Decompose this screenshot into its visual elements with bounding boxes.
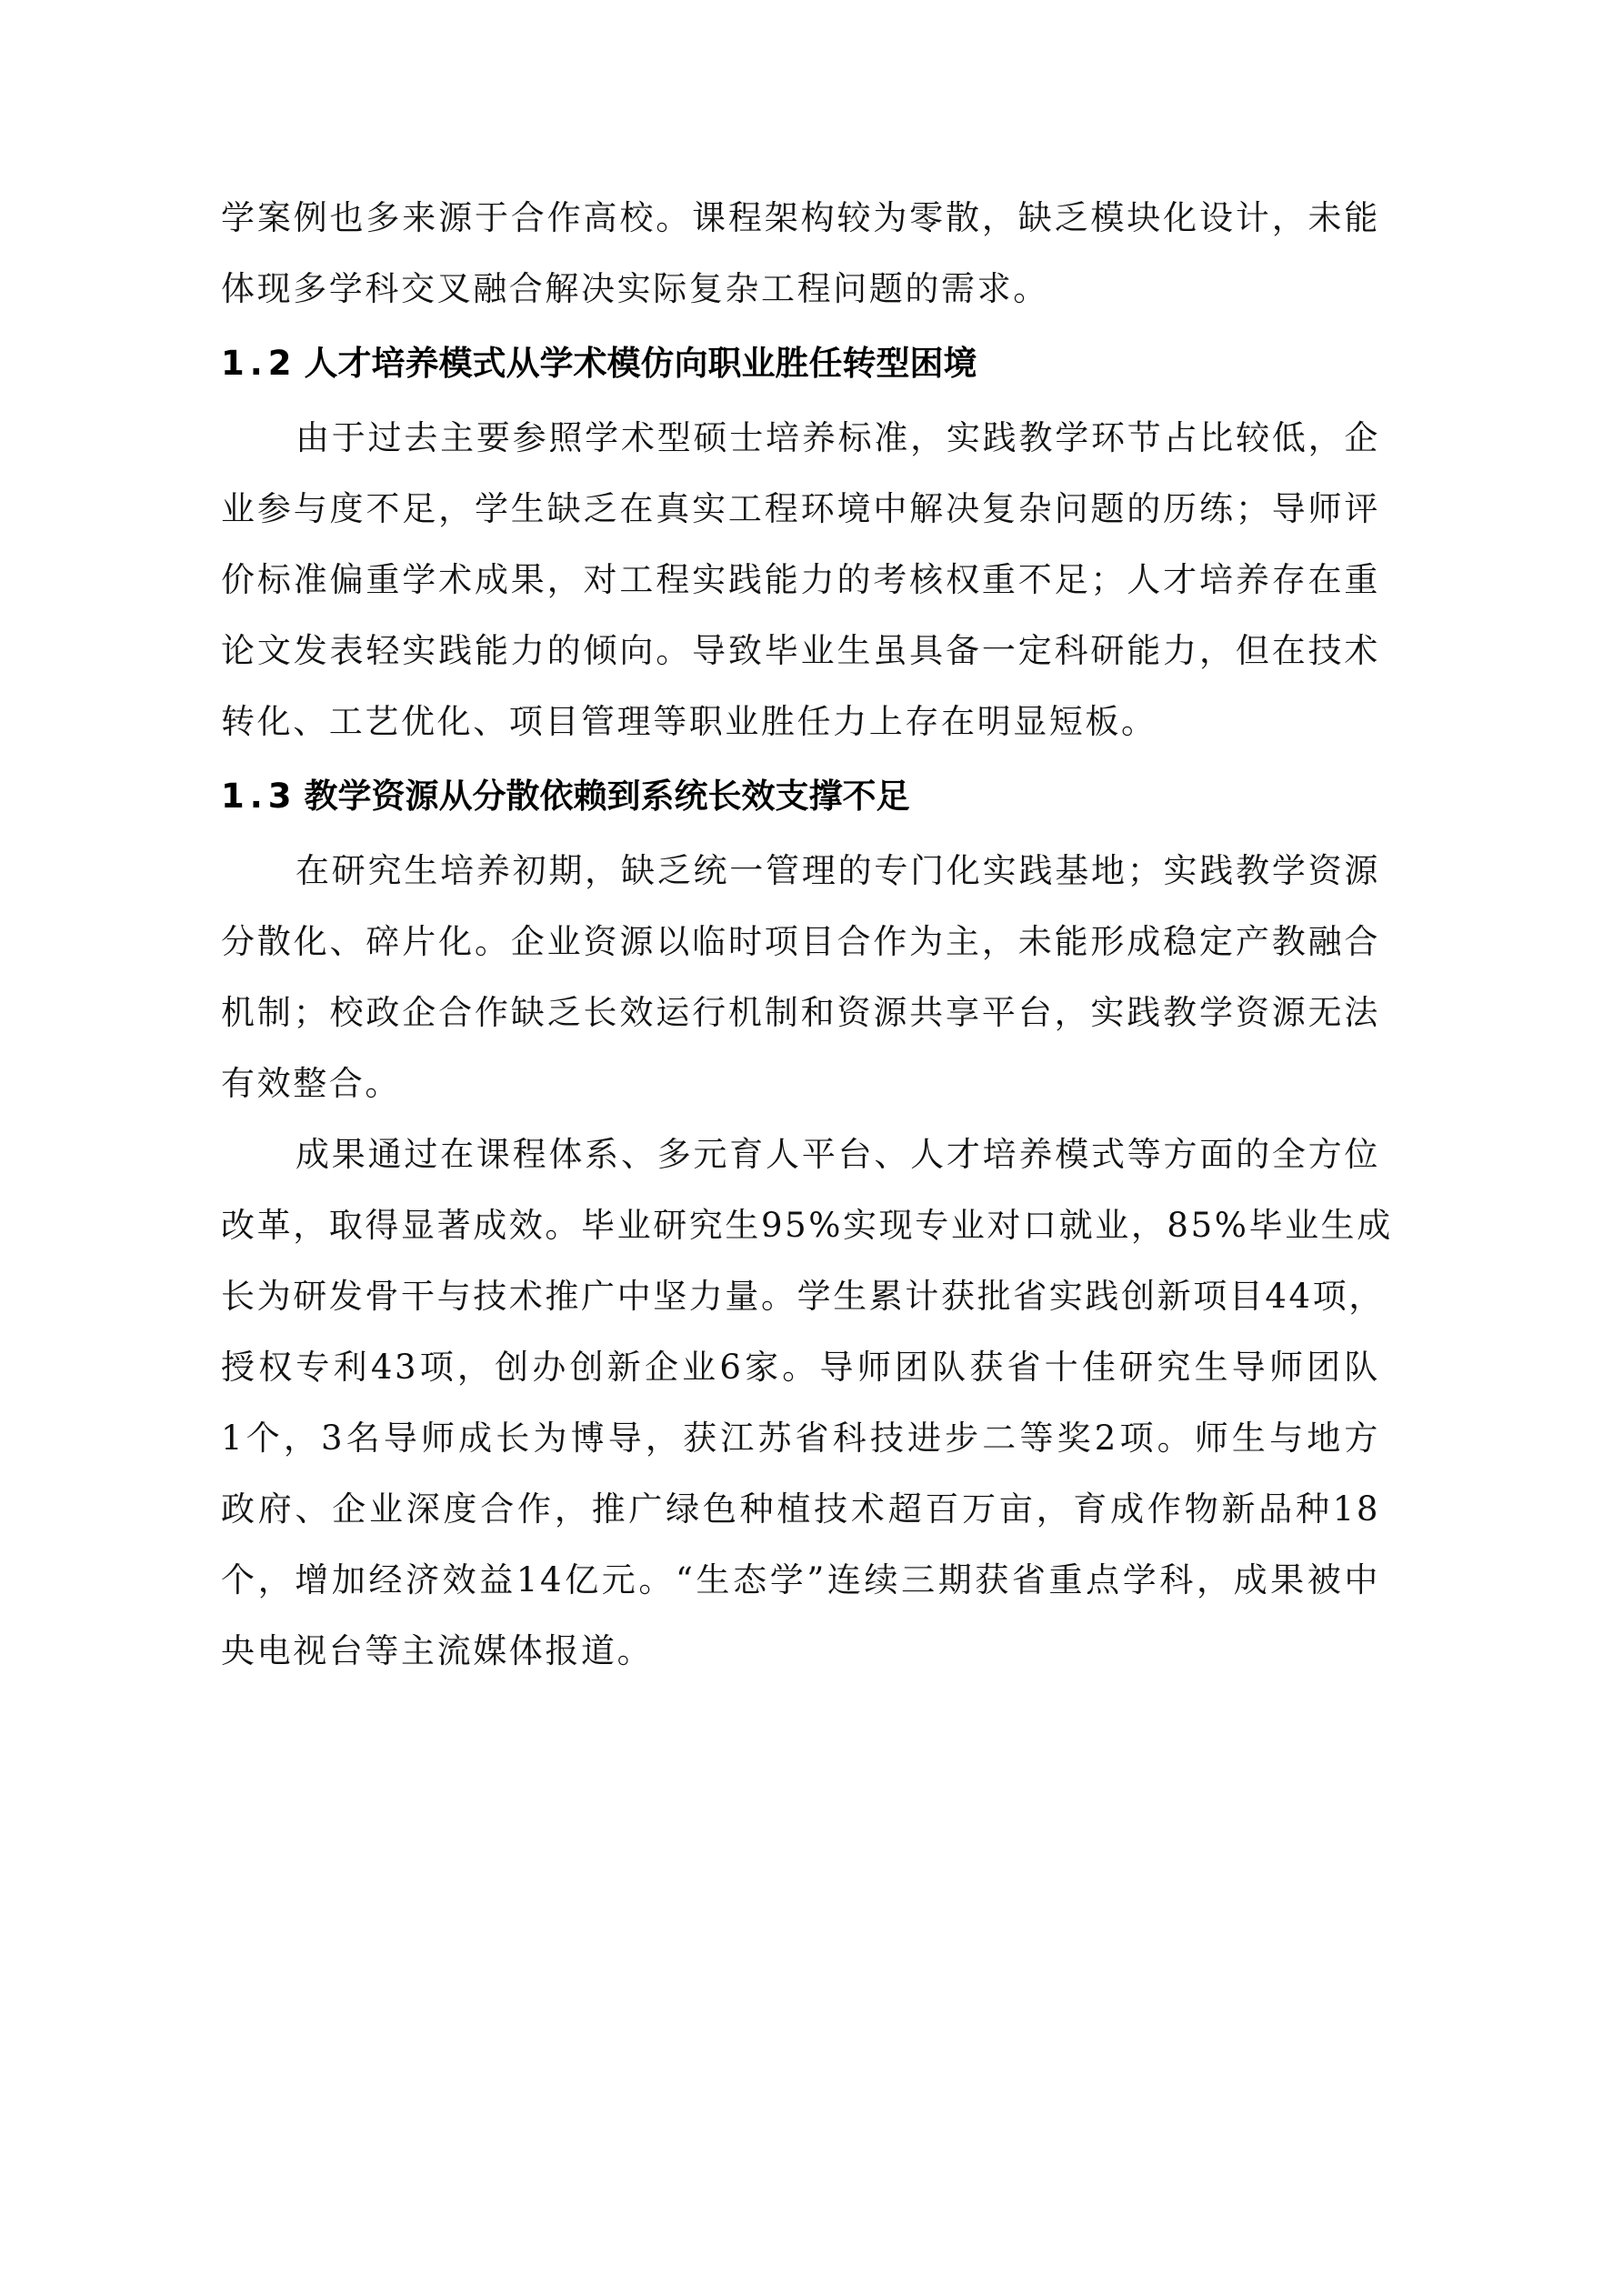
text-line: 体现多学科交叉融合解决实际复杂工程问题的需求。 [221, 254, 1380, 325]
text-line: 1个，3名导师成长为博导，获江苏省科技进步二等奖2项。师生与地方 [221, 1403, 1380, 1474]
text-line: 学案例也多来源于合作高校。课程架构较为零散，缺乏模块化设计，未能 [221, 183, 1380, 254]
document-page: 学案例也多来源于合作高校。课程架构较为零散，缺乏模块化设计，未能 体现多学科交叉… [0, 0, 1623, 2296]
document-body: 学案例也多来源于合作高校。课程架构较为零散，缺乏模块化设计，未能 体现多学科交叉… [221, 183, 1380, 1687]
text-line: 成果通过在课程体系、多元育人平台、人才培养模式等方面的全方位 [221, 1119, 1380, 1190]
text-line: 业参与度不足，学生缺乏在真实工程环境中解决复杂问题的历练；导师评 [221, 474, 1380, 545]
section-number: 1.2 [221, 344, 297, 383]
text-line: 转化、工艺优化、项目管理等职业胜任力上存在明显短板。 [221, 687, 1380, 757]
text-line: 价标准偏重学术成果，对工程实践能力的考核权重不足；人才培养存在重 [221, 545, 1380, 616]
section-title: 教学资源从分散依赖到系统长效支撑不足 [305, 777, 910, 816]
text-line: 在研究生培养初期，缺乏统一管理的专门化实践基地；实践教学资源 [221, 836, 1380, 907]
section-heading-1-2: 1.2人才培养模式从学术模仿向职业胜任转型困境 [221, 325, 1380, 403]
paragraph-talent-training: 由于过去主要参照学术型硕士培养标准，实践教学环节占比较低，企 业参与度不足，学生… [221, 403, 1380, 757]
text-line: 分散化、碎片化。企业资源以临时项目合作为主，未能形成稳定产教融合 [221, 907, 1380, 978]
section-heading-1-3: 1.3教学资源从分散依赖到系统长效支撑不足 [221, 757, 1380, 836]
text-line: 央电视台等主流媒体报道。 [221, 1616, 1380, 1687]
text-line: 论文发表轻实践能力的倾向。导致毕业生虽具备一定科研能力，但在技术 [221, 616, 1380, 687]
text-line: 由于过去主要参照学术型硕士培养标准，实践教学环节占比较低，企 [221, 403, 1380, 474]
text-line: 长为研发骨干与技术推广中坚力量。学生累计获批省实践创新项目44项， [221, 1261, 1380, 1332]
text-line: 有效整合。 [221, 1048, 1380, 1119]
text-line: 授权专利43项，创办创新企业6家。导师团队获省十佳研究生导师团队 [221, 1332, 1380, 1403]
paragraph-continued-curriculum: 学案例也多来源于合作高校。课程架构较为零散，缺乏模块化设计，未能 体现多学科交叉… [221, 183, 1380, 325]
section-number: 1.3 [221, 777, 297, 816]
paragraph-outcomes: 成果通过在课程体系、多元育人平台、人才培养模式等方面的全方位 改革，取得显著成效… [221, 1119, 1380, 1687]
section-title: 人才培养模式从学术模仿向职业胜任转型困境 [305, 344, 977, 383]
paragraph-teaching-resources: 在研究生培养初期，缺乏统一管理的专门化实践基地；实践教学资源 分散化、碎片化。企… [221, 836, 1380, 1119]
text-line: 改革，取得显著成效。毕业研究生95%实现专业对口就业，85%毕业生成 [221, 1190, 1380, 1261]
text-line: 机制；校政企合作缺乏长效运行机制和资源共享平台，实践教学资源无法 [221, 978, 1380, 1048]
text-line: 个，增加经济效益14亿元。“生态学”连续三期获省重点学科，成果被中 [221, 1545, 1380, 1616]
text-line: 政府、企业深度合作，推广绿色种植技术超百万亩，育成作物新品种18 [221, 1474, 1380, 1545]
